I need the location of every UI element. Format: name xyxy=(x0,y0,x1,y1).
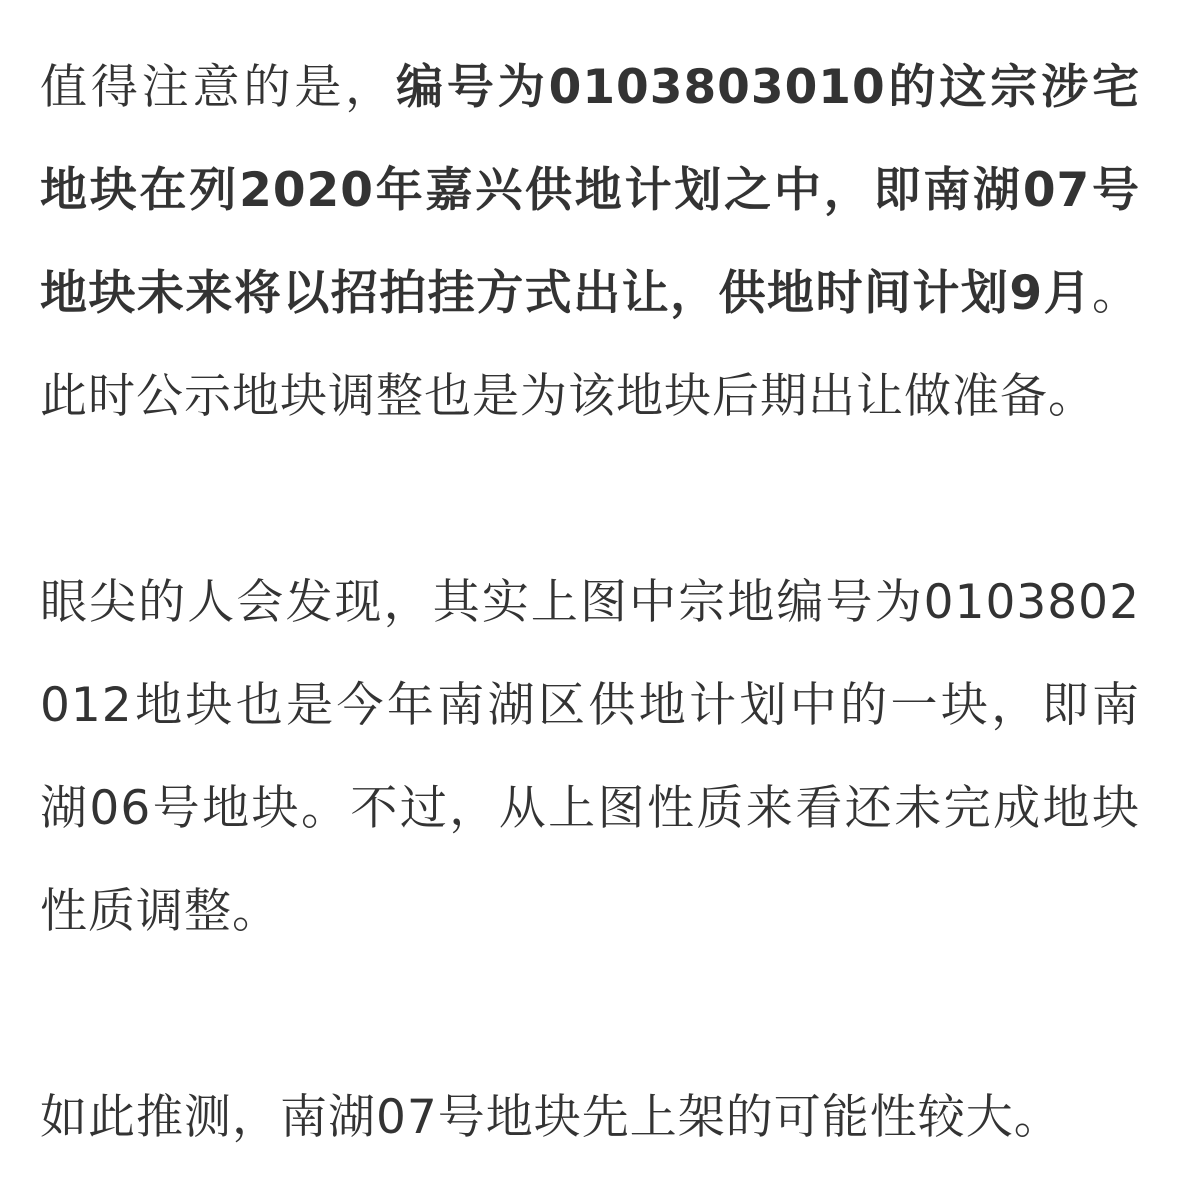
paragraph-land-plan: 值得注意的是，编号为0103803010的这宗涉宅地块在列2020年嘉兴供地计划… xyxy=(40,36,1140,448)
paragraph-conclusion: 如此推测，南湖07号地块先上架的可能性较大。 xyxy=(40,1066,1140,1169)
text-intro: 值得注意的是， xyxy=(40,60,396,115)
article-body: 值得注意的是，编号为0103803010的这宗涉宅地块在列2020年嘉兴供地计划… xyxy=(40,36,1140,1169)
text-observation: 眼尖的人会发现，其实上图中宗地编号为0103802012地块也是今年南湖区供地计… xyxy=(40,575,1140,939)
paragraph-observation: 眼尖的人会发现，其实上图中宗地编号为0103802012地块也是今年南湖区供地计… xyxy=(40,551,1140,963)
text-conclusion: 如此推测，南湖07号地块先上架的可能性较大。 xyxy=(40,1090,1062,1145)
